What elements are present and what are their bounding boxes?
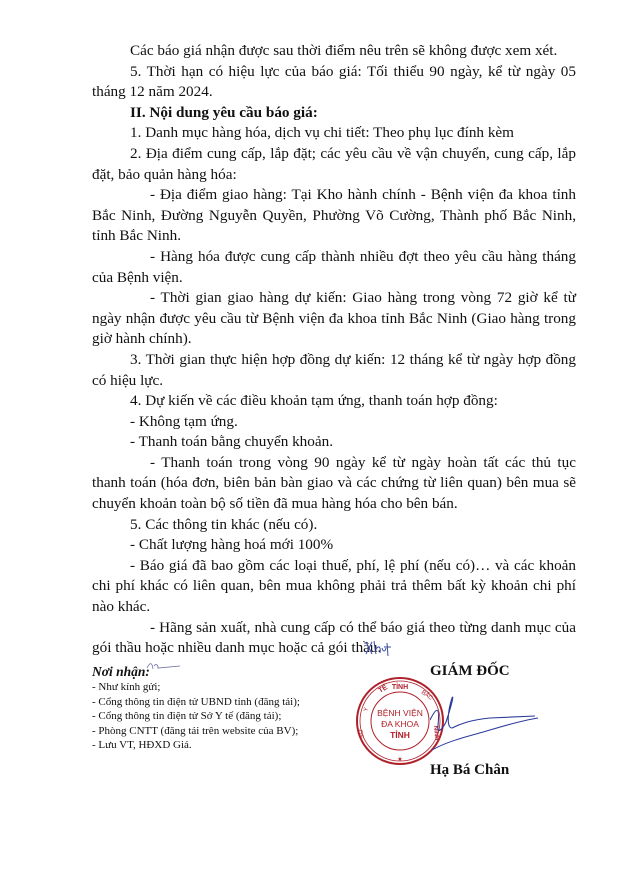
director-name: Hạ Bá Chân bbox=[430, 762, 509, 779]
item-delivery-address: - Địa điểm giao hàng: Tại Kho hành chính… bbox=[92, 185, 576, 247]
svg-text:TỈNH: TỈNH bbox=[390, 729, 410, 740]
item-delivery-time: - Thời gian giao hàng dự kiến: Giao hàng… bbox=[92, 288, 576, 350]
item-bank-transfer: - Thanh toán bằng chuyển khoản. bbox=[92, 432, 576, 453]
item-payment-terms: 4. Dự kiến về các điều khoản tạm ứng, th… bbox=[92, 391, 576, 412]
section-title-requirements: II. Nội dung yêu cầu báo giá: bbox=[92, 103, 576, 124]
paragraph-late-quotes: Các báo giá nhận được sau thời điểm nêu … bbox=[92, 41, 576, 62]
svg-text:Y: Y bbox=[363, 707, 370, 713]
svg-text:ĐA KHOA: ĐA KHOA bbox=[381, 719, 419, 729]
recipient-item: - Cổng thông tin điện tử UBND tỉnh (đăng… bbox=[92, 695, 352, 710]
recipient-item: - Lưu VT, HĐXD Giá. bbox=[92, 738, 352, 753]
item-goods-list: 1. Danh mục hàng hóa, dịch vụ chi tiết: … bbox=[92, 123, 576, 144]
svg-text:BỆNH VIỆN: BỆNH VIỆN bbox=[377, 708, 423, 718]
item-delivery-batches: - Hàng hóa được cung cấp thành nhiều đợt… bbox=[92, 247, 576, 288]
initials-mark-icon bbox=[364, 639, 392, 657]
director-signature-icon bbox=[430, 690, 540, 760]
item-payment-window: - Thanh toán trong vòng 90 ngày kể từ ng… bbox=[92, 453, 576, 515]
item-other-info: 5. Các thông tin khác (nếu có). bbox=[92, 515, 576, 536]
recipients-block: Nơi nhận: - Như kính gửi; - Cổng thông t… bbox=[92, 664, 352, 753]
svg-text:TỈNH: TỈNH bbox=[392, 682, 408, 691]
item-quality: - Chất lượng hàng hoá mới 100% bbox=[92, 535, 576, 556]
recipient-item: - Phòng CNTT (đăng tải trên website của … bbox=[92, 724, 352, 739]
recipients-title: Nơi nhận: bbox=[92, 664, 352, 680]
item-taxes-included: - Báo giá đã bao gồm các loại thuế, phí,… bbox=[92, 556, 576, 618]
item-contract-duration: 3. Thời gian thực hiện hợp đồng dự kiến:… bbox=[92, 350, 576, 391]
item-manufacturer-quote: - Hãng sản xuất, nhà cung cấp có thể báo… bbox=[92, 618, 576, 659]
paragraph-validity: 5. Thời hạn có hiệu lực của báo giá: Tối… bbox=[92, 62, 576, 103]
recipient-item: - Cổng thông tin điện tử Sở Y tế (đăng t… bbox=[92, 709, 352, 724]
item-no-advance: - Không tạm ứng. bbox=[92, 412, 576, 433]
recipient-item: - Như kính gửi; bbox=[92, 680, 352, 695]
svg-text:★: ★ bbox=[397, 756, 402, 763]
document-body: Các báo giá nhận được sau thời điểm nêu … bbox=[92, 41, 576, 659]
svg-text:SỞ: SỞ bbox=[357, 729, 365, 739]
item-delivery-location: 2. Địa điểm cung cấp, lắp đặt; các yêu c… bbox=[92, 144, 576, 185]
initials-mark-icon bbox=[146, 660, 182, 672]
